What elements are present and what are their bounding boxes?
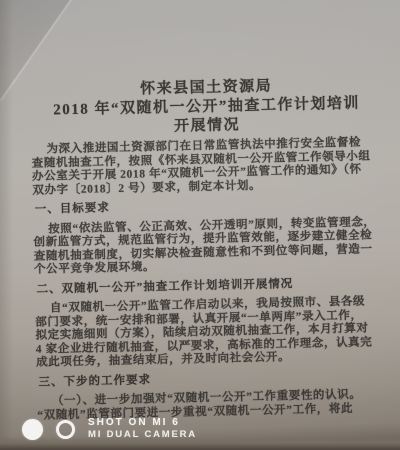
ring-circle-icon bbox=[56, 420, 75, 439]
section-heading-1: 一、目标要求 bbox=[33, 196, 385, 217]
watermark-line-2: MI DUAL CAMERA bbox=[88, 429, 197, 441]
document-page: 怀来县国土资源局 2018 年“双随机一公开”抽查工作计划培训 开展情况 为深入… bbox=[30, 75, 389, 429]
camera-watermark: SHOT ON MI 6 MI DUAL CAMERA bbox=[22, 415, 197, 443]
section-heading-2: 二、双随机一公开”抽查工作计划培训开展情况 bbox=[34, 276, 386, 297]
section-2-paragraph: 自“双随机一公开”监管工作启动以来，我局按照市、县各级 部门要求，统一安排和部署… bbox=[35, 295, 388, 370]
filled-circle-icon bbox=[22, 419, 43, 440]
paper-left-edge bbox=[0, 0, 13, 450]
document-photo: 怀来县国土资源局 2018 年“双随机一公开”抽查工作计划培训 开展情况 为深入… bbox=[0, 0, 400, 450]
section-heading-3: 三、下步的工作要求 bbox=[36, 369, 388, 390]
section-1-paragraph: 按照“依法监管、公正高效、公开透明”原则，转变监管理念， 创新监管方式，规范监管… bbox=[33, 216, 386, 278]
watermark-text: SHOT ON MI 6 MI DUAL CAMERA bbox=[88, 417, 197, 441]
intro-paragraph: 为深入推进国土资源部门在日常监管执法中推行安全监督检 查随机抽查工作，按照《怀来… bbox=[31, 136, 384, 198]
watermark-line-1: SHOT ON MI 6 bbox=[88, 417, 197, 429]
document-title: 怀来县国土资源局 2018 年“双随机一公开”抽查工作计划培训 开展情况 bbox=[30, 75, 383, 140]
